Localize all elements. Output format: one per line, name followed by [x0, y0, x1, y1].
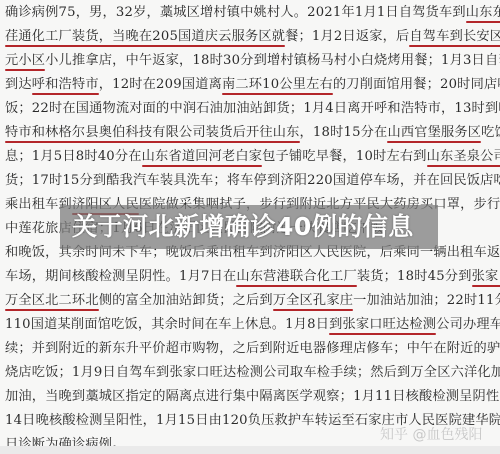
text-segment: 公司办理车检手 — [436, 317, 500, 332]
underlined-text: 万全区孔家庄 — [273, 293, 353, 308]
text-segment: 吃饭休 — [481, 125, 500, 140]
text-segment: 包子铺吃早餐，10时左右到 — [262, 149, 426, 164]
text-segment: 到达 — [5, 77, 32, 92]
text-line: 荏通化工厂装货，当晚在205国道庆云服务区就餐；1月2日返家，后自驾车到长安区奥… — [5, 27, 497, 51]
underlined-text: 山东省道回河老白家 — [142, 149, 263, 164]
underlined-text: 荏通化工厂装货，当晚在205国道庆云服务区就 — [5, 29, 285, 44]
text-line: 万全区北二环北侧的富全加油站卸货；之后到万全区孔家庄一加油站加油；22时11分在 — [5, 291, 497, 315]
text-segment: 的刀削面馆用餐；20时同店吃晚 — [333, 77, 500, 92]
text-segment: 一加油站加油；22时11分在 — [353, 293, 500, 308]
underlined-text: 张家口市 — [472, 269, 500, 284]
text-line: 车场，期间核酸检测呈阴性。1月7日在山东营港联合化工厂装货；18时45分到张家口… — [5, 267, 497, 291]
text-segment: 餐；1月2日返家，后 — [285, 29, 409, 44]
text-segment: 110国道某削面馆吃饭，其余时间在车上休息。1月8日 — [5, 317, 329, 332]
text-line: 特市和林格尔县奥伯科技有限公司装货后开往山东，18时15分在山西官堡服务区吃饭休 — [5, 123, 497, 147]
text-line: 饭；22时在国通物流对面的中润石油加油站卸货；1月4日离开呼和浩特市，13时到呼… — [5, 99, 497, 123]
text-segment: 侧的富全加油站卸货；之后到 — [99, 293, 273, 308]
text-segment: ，18时15分在 — [300, 125, 388, 140]
text-line: 确诊病例75，男，32岁，藁城区增村镇中姚村人。2021年1月1日自驾货车到山东… — [5, 3, 497, 27]
text-line: 烧店吃饭；1月9日自驾车到张家口旺达检测公司取车检手续；然后到万全区六洋化加油站 — [5, 363, 497, 387]
text-segment: 车场，期间核酸检测呈阴性。1月7日在 — [5, 269, 236, 284]
text-segment: 续；并到附近的新东升平价超市购物，之后到附近电器修理店修车；中午在附近的驴肉火 — [5, 341, 500, 356]
text-line: 息；1月5日8时40分在山东省道回河老白家包子铺吃早餐，10时左右到山东圣泉公司… — [5, 147, 497, 171]
underlined-text: 特市和林格尔县奥伯科技有限公司装货后开往山东 — [5, 125, 300, 140]
watermark: 知乎 @血色残阳 — [380, 424, 482, 444]
text-line: 加油，当晚到藁城区指定的隔离点进行集中隔离医学观察；1月11日核酸检测呈阴性；1… — [5, 387, 497, 411]
underlined-text: 山西官堡服务区 — [387, 125, 481, 140]
text-line: 货；17时15分到酷我汽车装具洗车；将车停到济阳220国道停车场，并在回民饭店吃… — [5, 171, 497, 195]
underlined-text: 南二环10公里左右 — [222, 77, 333, 92]
text-line: 续；并到附近的新东升平价超市购物，之后到附近电器修理店修车；中午在附近的驴肉火 — [5, 339, 497, 363]
underlined-text: 万全区北二环北 — [5, 293, 99, 308]
text-segment: 加油，当晚到藁城区指定的隔离点进行集中隔离医学观察；1月11日核酸检测呈阴性；1… — [5, 389, 500, 404]
underlined-text: 呼和浩特市 — [32, 77, 99, 92]
underlined-text: 山东圣泉公司 — [427, 149, 500, 164]
underlined-text: 自驾车到长安区奥北公 — [409, 29, 500, 44]
text-segment: 饭；22时在国通物流对面的中润石油加油站卸货；1月4日离开呼和浩特市，13时到呼… — [5, 101, 500, 116]
text-segment: 小儿推拿店，中午返家，18时30分到增村镇杨马村小白烧烤用餐；1月3日自驾 — [45, 53, 500, 68]
bottom-bar — [0, 446, 500, 454]
underlined-text: 到张家口旺达检测 — [329, 317, 436, 332]
text-line: 110国道某削面馆吃饭，其余时间在车上休息。1月8日到张家口旺达检测公司办理车检… — [5, 315, 497, 339]
banner-title: 关于河北新增确诊40例的信息 — [72, 208, 414, 246]
text-segment: 货；17时15分到酷我汽车装具洗车；将车停到济阳220国道停车场，并在回民饭店吃… — [5, 173, 500, 188]
underlined-text: 山东营港联合化工厂 — [236, 269, 357, 284]
text-line: 元小区小儿推拿店，中午返家，18时30分到增村镇杨马村小白烧烤用餐；1月3日自驾… — [5, 51, 497, 75]
text-segment: 确诊病例75，男，32岁，藁城区增村镇中姚村人。2021年1月1日自驾货车到 — [5, 5, 466, 20]
text-segment: 装货；18时45分到 — [357, 269, 472, 284]
underlined-text: 元小区 — [5, 53, 45, 68]
text-line: 到达呼和浩特市，12时在209国道离南二环10公里左右的刀削面馆用餐；20时同店… — [5, 75, 497, 99]
underlined-text: 山东东营 — [466, 5, 500, 20]
text-segment: 息；1月5日8时40分在 — [5, 149, 142, 164]
text-segment: 烧店吃饭；1月9日自驾车到张家口旺达检测公司取车检手续；然后到万全区六洋化加油站 — [5, 365, 500, 380]
text-segment: ，12时在209国道离 — [99, 77, 222, 92]
